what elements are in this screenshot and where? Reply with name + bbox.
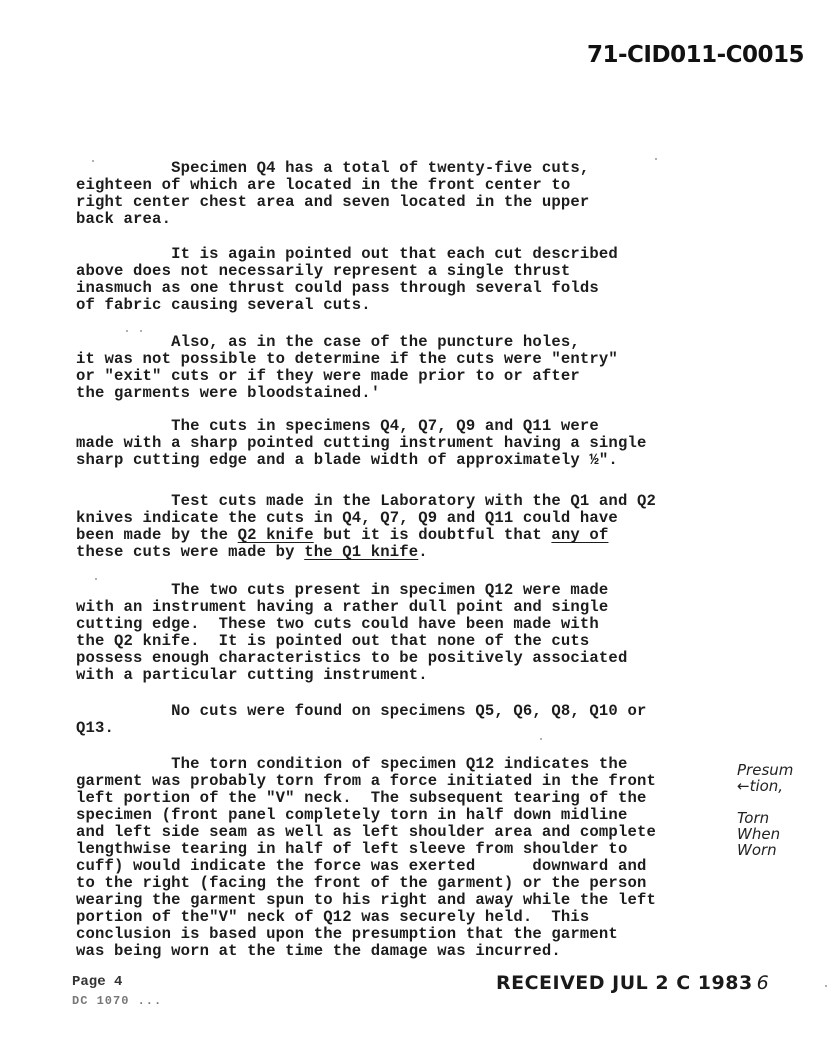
text-line: wearing the garment spun to his right an…: [76, 892, 756, 909]
paragraph-test-cuts: Test cuts made in the Laboratory with th…: [76, 493, 756, 561]
text-line: The two cuts present in specimen Q12 wer…: [76, 582, 756, 599]
text-line: of fabric causing several cuts.: [76, 297, 756, 314]
scan-speck: [92, 160, 94, 162]
underlined-any-of: any of: [551, 526, 608, 544]
text-line: It is again pointed out that each cut de…: [76, 246, 756, 263]
text-line: inasmuch as one thrust could pass throug…: [76, 280, 756, 297]
text-line: was being worn at the time the damage wa…: [76, 943, 756, 960]
scan-speck: [540, 738, 542, 740]
text-line: lengthwise tearing in half of left sleev…: [76, 841, 756, 858]
text-line: cuff) would indicate the force was exert…: [76, 858, 756, 875]
text-line: portion of the"V" neck of Q12 was secure…: [76, 909, 756, 926]
text-line: the Q2 knife. It is pointed out that non…: [76, 633, 756, 650]
handwritten-note-presumption: Presum ←tion,: [737, 762, 793, 794]
paragraph-puncture-holes: Also, as in the case of the puncture hol…: [76, 334, 756, 402]
received-stamp: RECEIVED JUL 2 C 19836: [496, 972, 769, 994]
text-line: with a particular cutting instrument.: [76, 667, 756, 684]
text-line: and left side seam as well as left shoul…: [76, 824, 756, 841]
paragraph-cut-described: It is again pointed out that each cut de…: [76, 246, 756, 314]
text-line: The cuts in specimens Q4, Q7, Q9 and Q11…: [76, 418, 756, 435]
text-line: specimen (front panel completely torn in…: [76, 807, 756, 824]
text-line: Q13.: [76, 720, 756, 737]
text-line: above does not necessarily represent a s…: [76, 263, 756, 280]
text-line: garment was probably torn from a force i…: [76, 773, 756, 790]
scan-speck: [655, 158, 657, 160]
text-line: to the right (facing the front of the ga…: [76, 875, 756, 892]
paragraph-no-cuts: No cuts were found on specimens Q5, Q6, …: [76, 703, 756, 737]
text-line: these cuts were made by the Q1 knife.: [76, 544, 756, 561]
text-line: been made by the Q2 knife but it is doub…: [76, 527, 756, 544]
text-line: No cuts were found on specimens Q5, Q6, …: [76, 703, 756, 720]
text-line: possess enough characteristics to be pos…: [76, 650, 756, 667]
text-line: Test cuts made in the Laboratory with th…: [76, 493, 756, 510]
scan-speck: [140, 330, 142, 332]
text-line: made with a sharp pointed cutting instru…: [76, 435, 756, 452]
underlined-q2-knife: Q2 knife: [238, 526, 314, 544]
text-line: cutting edge. These two cuts could have …: [76, 616, 756, 633]
document-id: 71-CID011-C0015: [587, 42, 804, 68]
scan-speck: [126, 330, 128, 332]
paragraph-specimen-q12-cuts: The two cuts present in specimen Q12 wer…: [76, 582, 756, 684]
text-line: left portion of the "V" neck. The subseq…: [76, 790, 756, 807]
text-line: eighteen of which are located in the fro…: [76, 177, 756, 194]
text-line: conclusion is based upon the presumption…: [76, 926, 756, 943]
footer-code: DC 1070 ...: [72, 994, 162, 1008]
scan-speck: [825, 985, 827, 987]
text-line: The torn condition of specimen Q12 indic…: [76, 756, 756, 773]
stamp-initial: 6: [757, 972, 770, 994]
text-line: back area.: [76, 211, 756, 228]
text-line: with an instrument having a rather dull …: [76, 599, 756, 616]
text-line: sharp cutting edge and a blade width of …: [76, 452, 756, 469]
text-line: the garments were bloodstained.': [76, 385, 756, 402]
text-line: it was not possible to determine if the …: [76, 351, 756, 368]
text-line: knives indicate the cuts in Q4, Q7, Q9 a…: [76, 510, 756, 527]
page-number: Page 4: [72, 974, 122, 990]
paragraph-cuts-specimens: The cuts in specimens Q4, Q7, Q9 and Q11…: [76, 418, 756, 469]
text-line: right center chest area and seven locate…: [76, 194, 756, 211]
text-line: or "exit" cuts or if they were made prio…: [76, 368, 756, 385]
paragraph-specimen-q4: Specimen Q4 has a total of twenty-five c…: [76, 160, 756, 228]
paragraph-torn-condition: The torn condition of specimen Q12 indic…: [76, 756, 756, 960]
document-page: 71-CID011-C0015 Specimen Q4 has a total …: [0, 0, 840, 1057]
text-line: Also, as in the case of the puncture hol…: [76, 334, 756, 351]
scan-speck: [95, 578, 97, 580]
text-line: Specimen Q4 has a total of twenty-five c…: [76, 160, 756, 177]
handwritten-note-torn-when-worn: Torn When Worn: [737, 810, 780, 858]
underlined-q1-knife: the Q1 knife: [304, 543, 418, 561]
